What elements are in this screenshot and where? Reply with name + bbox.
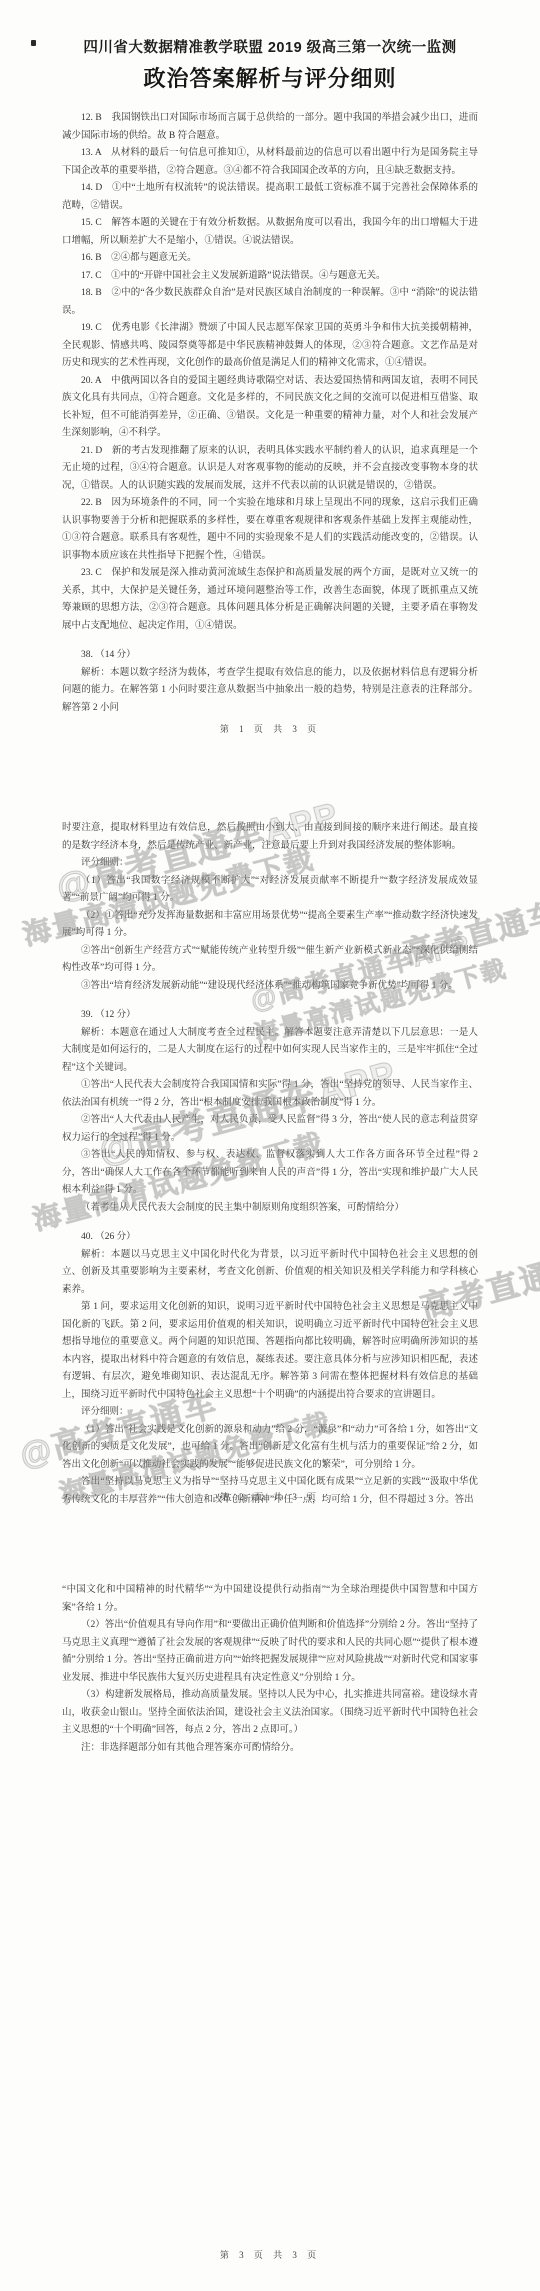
paragraph: 时要注意，提取材料里边有效信息，然后按照由小到大、由直接到间接的顺序来进行阐述。… [62,820,478,855]
paragraph: ③答出“人民的知情权、参与权、表达权、监督权落实到人大工作各方面各环节全过程”得… [62,1147,478,1200]
paragraph: ②答出“人大代表由人民产生，对人民负责，受人民监督”得 3 分，答出“使人民的意… [62,1112,478,1147]
paragraph: 解析：本题意在通过人大制度考查全过程民主。解答本题要注意弄清楚以下几层意思：一是… [62,1025,478,1078]
page-1-footer: 第 1 页 共 3 页 [0,722,540,735]
page-3-footer: 第 3 页 共 3 页 [0,2248,540,2261]
paragraph: 解析：本题以数字经济为载体，考查学生提取有效信息的能力，以及依据材料信息有逻辑分… [62,665,478,718]
paragraph: 14. D ①中“土地所有权流转”的说法错误。提高职工最低工资标准不属于完善社会… [62,180,478,215]
paragraph: 评分细则： [62,1404,478,1422]
paragraph: 20. A 中俄两国以各自的爱国主题经典诗歌隔空对话、表达爱国热情和两国友谊，表… [62,373,478,443]
paragraph: 注：非选择题部分如有其他合理答案亦可酌情给分。 [62,1740,478,1758]
paragraph: 39. （12 分） [62,1007,478,1025]
paragraph: ②答出“创新生产经营方式”“赋能传统产业转型升级”“催生新产业新模式新业态”“深… [62,943,478,978]
doc-title: 四川省大数据精准教学联盟 2019 级高三第一次统一监测 [62,38,478,58]
paragraph: （2）①答出“充分发挥海量数据和丰富应用场景优势”“提高全要素生产率”“推动数字… [62,908,478,943]
page-2-footer: 第 2 页 共 3 页 [0,1490,540,1503]
page-3: “中国文化和中国精神的时代精华”“为中国建设提供行动指南”“为全球治理提供中国智… [0,1582,540,1757]
scanned-document: 四川省大数据精准教学联盟 2019 级高三第一次统一监测 政治答案解析与评分细则… [0,0,540,2291]
page-3-paragraphs: “中国文化和中国精神的时代精华”“为中国建设提供行动指南”“为全球治理提供中国智… [62,1582,478,1757]
paragraph: 第 1 问，要求运用文化创新的知识，说明习近平新时代中国特色社会主义思想是马克思… [62,1299,478,1404]
paragraph: 40. （26 分） [62,1229,478,1247]
paragraph: （1）答出“社会实践是文化创新的源泉和动力”给 2 分，“源泉”和“动力”可各给… [62,1422,478,1475]
page-2: 时要注意，提取材料里边有效信息，然后按照由小到大、由直接到间接的顺序来进行阐述。… [0,820,540,1509]
paragraph: 18. B ②中的“各少数民族群众自治”是对民族区域自治制度的一种误解。③中 “… [62,285,478,320]
page-1: 四川省大数据精准教学联盟 2019 级高三第一次统一监测 政治答案解析与评分细则… [0,38,540,717]
paragraph: （1）答出“我国数字经济规模不断扩大”“对经济发展贡献率不断提升”“数字经济发展… [62,873,478,908]
paragraph: （2）答出“价值观具有导向作用”和“要做出正确价值判断和价值选择”分别给 2 分… [62,1617,478,1687]
paragraph: 21. D 新的考古发现推翻了原来的认识，表明具体实践水平制约着人的认识，追求真… [62,443,478,496]
paragraph: 评分细则： [62,855,478,873]
paragraph: 解析：本题以马克思主义中国化时代化为背景，以习近平新时代中国特色社会主义思想的创… [62,1247,478,1300]
paragraph: “中国文化和中国精神的时代精华”“为中国建设提供行动指南”“为全球治理提供中国智… [62,1582,478,1617]
paragraph: ③答出“培育经济发展新动能”“建设现代经济体系”“推动构筑国家竞争新优势”均可得… [62,978,478,996]
paragraph: 12. B 我国钢铁出口对国际市场而言属于总供给的一部分。题中我国的举措会减少出… [62,110,478,145]
paragraph: 17. C ①中的“开辟中国社会主义发展新道路”说法错误。④与题意无关。 [62,268,478,286]
paragraph: 38. （14 分） [62,647,478,665]
paragraph: ①答出“人民代表大会制度符合我国国情和实际”得 1 分，答出“坚持党的领导、人民… [62,1077,478,1112]
paragraph: （若考生从人民代表大会制度的民主集中制原则角度组织答案，可酌情给分） [62,1200,478,1218]
page-1-paragraphs: 12. B 我国钢铁出口对国际市场而言属于总供给的一部分。题中我国的举措会减少出… [62,110,478,717]
paragraph: 13. A 从材料的最后一句信息可推知①，从材料最前边的信息可以看出题中行为是国… [62,145,478,180]
paragraph: 19. C 优秀电影《长津湖》赞颂了中国人民志愿军保家卫国的英勇斗争和伟大抗美援… [62,320,478,373]
paragraph: 16. B ②④都与题意无关。 [62,250,478,268]
paragraph: （3）构建新发展格局，推动高质量发展。坚持以人民为中心，扎实推进共同富裕。建设绿… [62,1687,478,1740]
doc-subtitle: 政治答案解析与评分细则 [62,62,478,96]
paragraph: 15. C 解答本题的关键在于有效分析数据。从数据角度可以看出，我国今年的出口增… [62,215,478,250]
page-2-paragraphs: 时要注意，提取材料里边有效信息，然后按照由小到大、由直接到间接的顺序来进行阐述。… [62,820,478,1509]
paragraph: 23. C 保护和发展是深入推动黄河流域生态保护和高质量发展的两个方面，是既对立… [62,565,478,635]
paragraph: 22. B 因为环境条件的不同，同一个实验在地球和月球上呈现出不同的现象，这启示… [62,495,478,565]
